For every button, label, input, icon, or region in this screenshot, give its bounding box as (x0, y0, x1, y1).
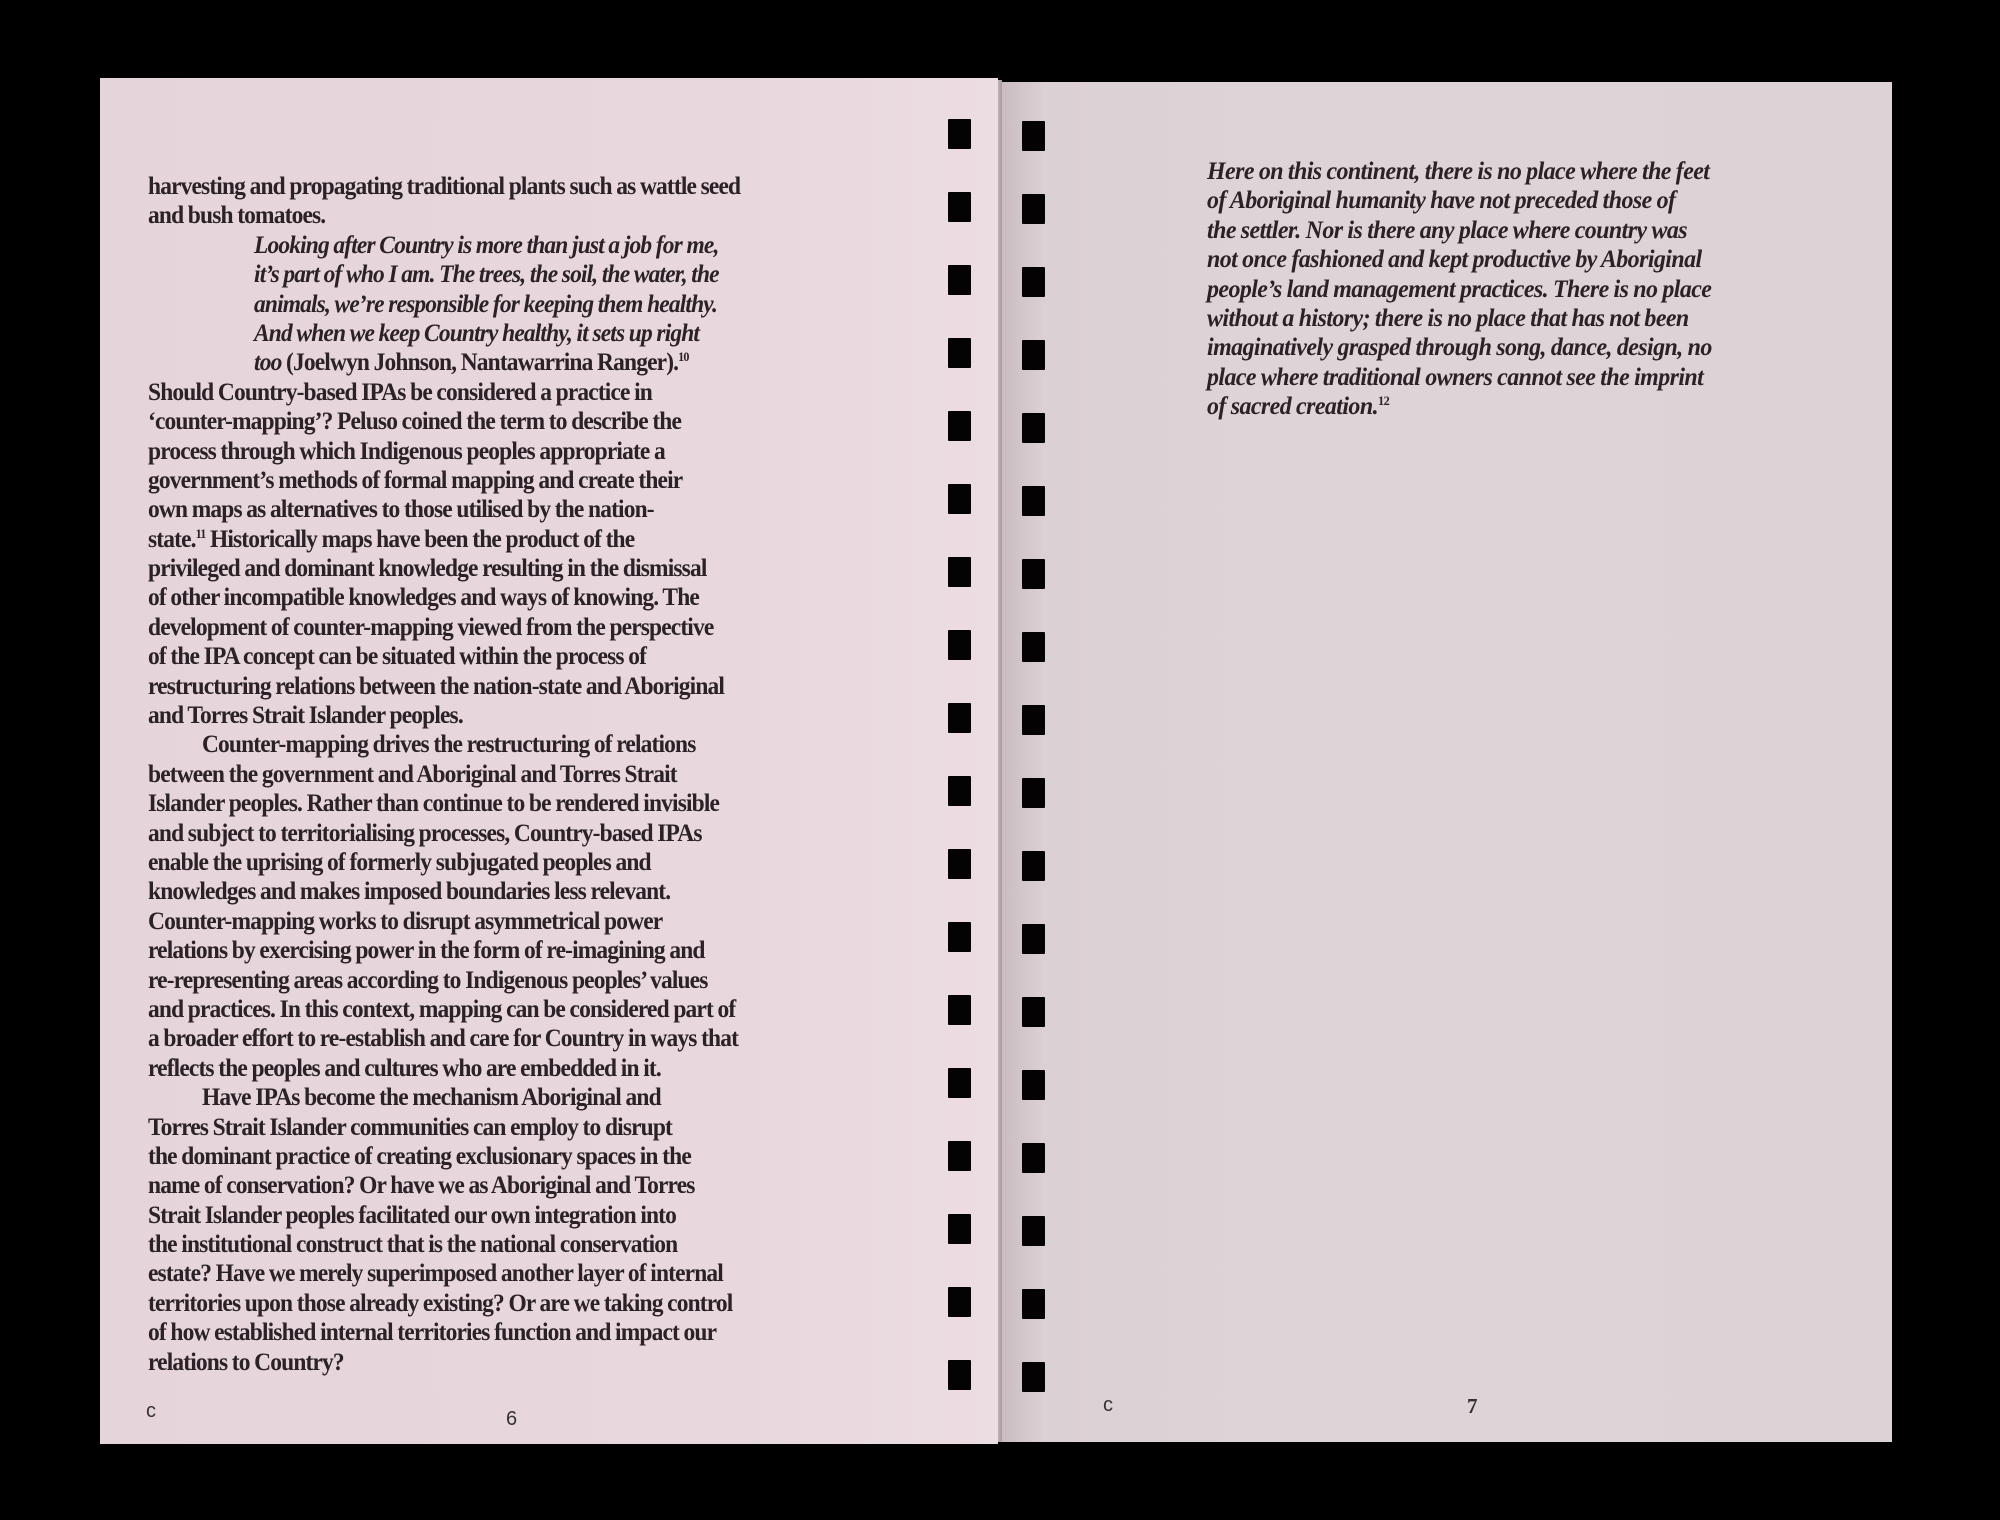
text-line: estate? Have we merely superimposed anot… (148, 1259, 740, 1288)
text-line: territories upon those already existing?… (148, 1289, 740, 1318)
text-line: a broader effort to re-establish and car… (148, 1024, 740, 1053)
right-page: Here on this continent, there is no plac… (1000, 82, 1892, 1442)
text-line: re-representing areas according to Indig… (148, 966, 740, 995)
quote-line: imaginatively grasped through song, danc… (1207, 333, 1712, 362)
text-line: development of counter-mapping viewed fr… (148, 613, 740, 642)
text-line: and practices. In this context, mapping … (148, 995, 740, 1024)
text-line: process through which Indigenous peoples… (148, 437, 740, 466)
text-line: name of conservation? Or have we as Abor… (148, 1171, 740, 1200)
binding-hole (948, 1068, 971, 1098)
binding-hole (948, 1360, 971, 1390)
binding-hole (1022, 778, 1045, 808)
binding-hole (1022, 997, 1045, 1027)
text-line: animals, we’re responsible for keeping t… (148, 290, 740, 319)
binding-hole (948, 1287, 971, 1317)
binding-hole (1022, 1143, 1045, 1173)
binding-hole (948, 922, 971, 952)
binding-hole (948, 265, 971, 295)
text-line: ‘counter-mapping’? Peluso coined the ter… (148, 407, 740, 436)
text-line: Strait Islander peoples facilitated our … (148, 1201, 740, 1230)
binding-hole (1022, 924, 1045, 954)
quote-line: of sacred creation.12 (1207, 392, 1712, 421)
binding-hole (948, 849, 971, 879)
binding-hole (1022, 194, 1045, 224)
binding-hole (1022, 559, 1045, 589)
text-line: Torres Strait Islander communities can e… (148, 1113, 740, 1142)
footnote-ref: 12 (1378, 393, 1389, 408)
binding-hole (1022, 413, 1045, 443)
text-line: And when we keep Country healthy, it set… (148, 319, 740, 348)
block-quote: Here on this continent, there is no plac… (1207, 157, 1712, 422)
binding-hole (1022, 632, 1045, 662)
page-number: 7 (1467, 1394, 1478, 1419)
binding-hole (1022, 486, 1045, 516)
binding-hole (948, 995, 971, 1025)
text-line: of how established internal territories … (148, 1318, 740, 1347)
binding-hole (948, 411, 971, 441)
quote-line: the settler. Nor is there any place wher… (1207, 216, 1712, 245)
quote-line: without a history; there is no place tha… (1207, 304, 1712, 333)
quote-line: place where traditional owners cannot se… (1207, 363, 1712, 392)
binding-hole (948, 703, 971, 733)
text-line: privileged and dominant knowledge result… (148, 554, 740, 583)
text-line: relations by exercising power in the for… (148, 936, 740, 965)
binding-hole (948, 192, 971, 222)
binding-hole (1022, 705, 1045, 735)
text-line: and bush tomatoes. (148, 201, 740, 230)
binding-hole (1022, 1362, 1045, 1392)
text-line: too (Joelwyn Johnson, Nantawarrina Range… (148, 348, 740, 377)
binding-hole (1022, 340, 1045, 370)
text-line: Have IPAs become the mechanism Aborigina… (148, 1083, 740, 1112)
quote-line: people’s land management practices. Ther… (1207, 275, 1712, 304)
page-number: 6 (506, 1408, 517, 1431)
spine-fold (998, 80, 1002, 1442)
text-line: Islander peoples. Rather than continue t… (148, 789, 740, 818)
binding-hole (948, 1141, 971, 1171)
footnote-ref: 11 (196, 526, 206, 541)
binding-hole (948, 119, 971, 149)
text-line: harvesting and propagating traditional p… (148, 172, 740, 201)
text-line: of the IPA concept can be situated withi… (148, 642, 740, 671)
text-line: Looking after Country is more than just … (148, 231, 740, 260)
text-line: and subject to territorialising processe… (148, 819, 740, 848)
text-line: state.11 Historically maps have been the… (148, 525, 740, 554)
binding-hole (1022, 121, 1045, 151)
binding-hole (948, 630, 971, 660)
footnote-ref: 10 (678, 349, 688, 364)
quote-line: not once fashioned and kept productive b… (1207, 245, 1712, 274)
quote-line: Here on this continent, there is no plac… (1207, 157, 1712, 186)
text-line: restructuring relations between the nati… (148, 672, 740, 701)
binding-hole (948, 484, 971, 514)
text-line: reflects the peoples and cultures who ar… (148, 1054, 740, 1083)
binding-hole (948, 1214, 971, 1244)
text-line: relations to Country? (148, 1348, 740, 1377)
text-line: between the government and Aboriginal an… (148, 760, 740, 789)
text-line: the institutional construct that is the … (148, 1230, 740, 1259)
quote-line: of Aboriginal humanity have not preceded… (1207, 186, 1712, 215)
text-line: Counter-mapping works to disrupt asymmet… (148, 907, 740, 936)
text-line: of other incompatible knowledges and way… (148, 583, 740, 612)
text-line: the dominant practice of creating exclus… (148, 1142, 740, 1171)
corner-mark: c (1103, 1394, 1113, 1417)
text-line: own maps as alternatives to those utilis… (148, 495, 740, 524)
left-page: harvesting and propagating traditional p… (100, 78, 998, 1444)
text-line: government’s methods of formal mapping a… (148, 466, 740, 495)
binding-hole (1022, 851, 1045, 881)
text-line: Counter-mapping drives the restructuring… (148, 730, 740, 759)
text-line: enable the uprising of formerly subjugat… (148, 848, 740, 877)
left-page-body-text: harvesting and propagating traditional p… (148, 172, 740, 1377)
binding-hole (948, 557, 971, 587)
text-line: it’s part of who I am. The trees, the so… (148, 260, 740, 289)
binding-hole (948, 338, 971, 368)
binding-hole (1022, 267, 1045, 297)
corner-mark: c (146, 1400, 156, 1423)
binding-hole (1022, 1216, 1045, 1246)
binding-hole (948, 776, 971, 806)
binding-hole (1022, 1070, 1045, 1100)
binding-hole (1022, 1289, 1045, 1319)
text-line: Should Country-based IPAs be considered … (148, 378, 740, 407)
text-line: knowledges and makes imposed boundaries … (148, 877, 740, 906)
text-line: and Torres Strait Islander peoples. (148, 701, 740, 730)
